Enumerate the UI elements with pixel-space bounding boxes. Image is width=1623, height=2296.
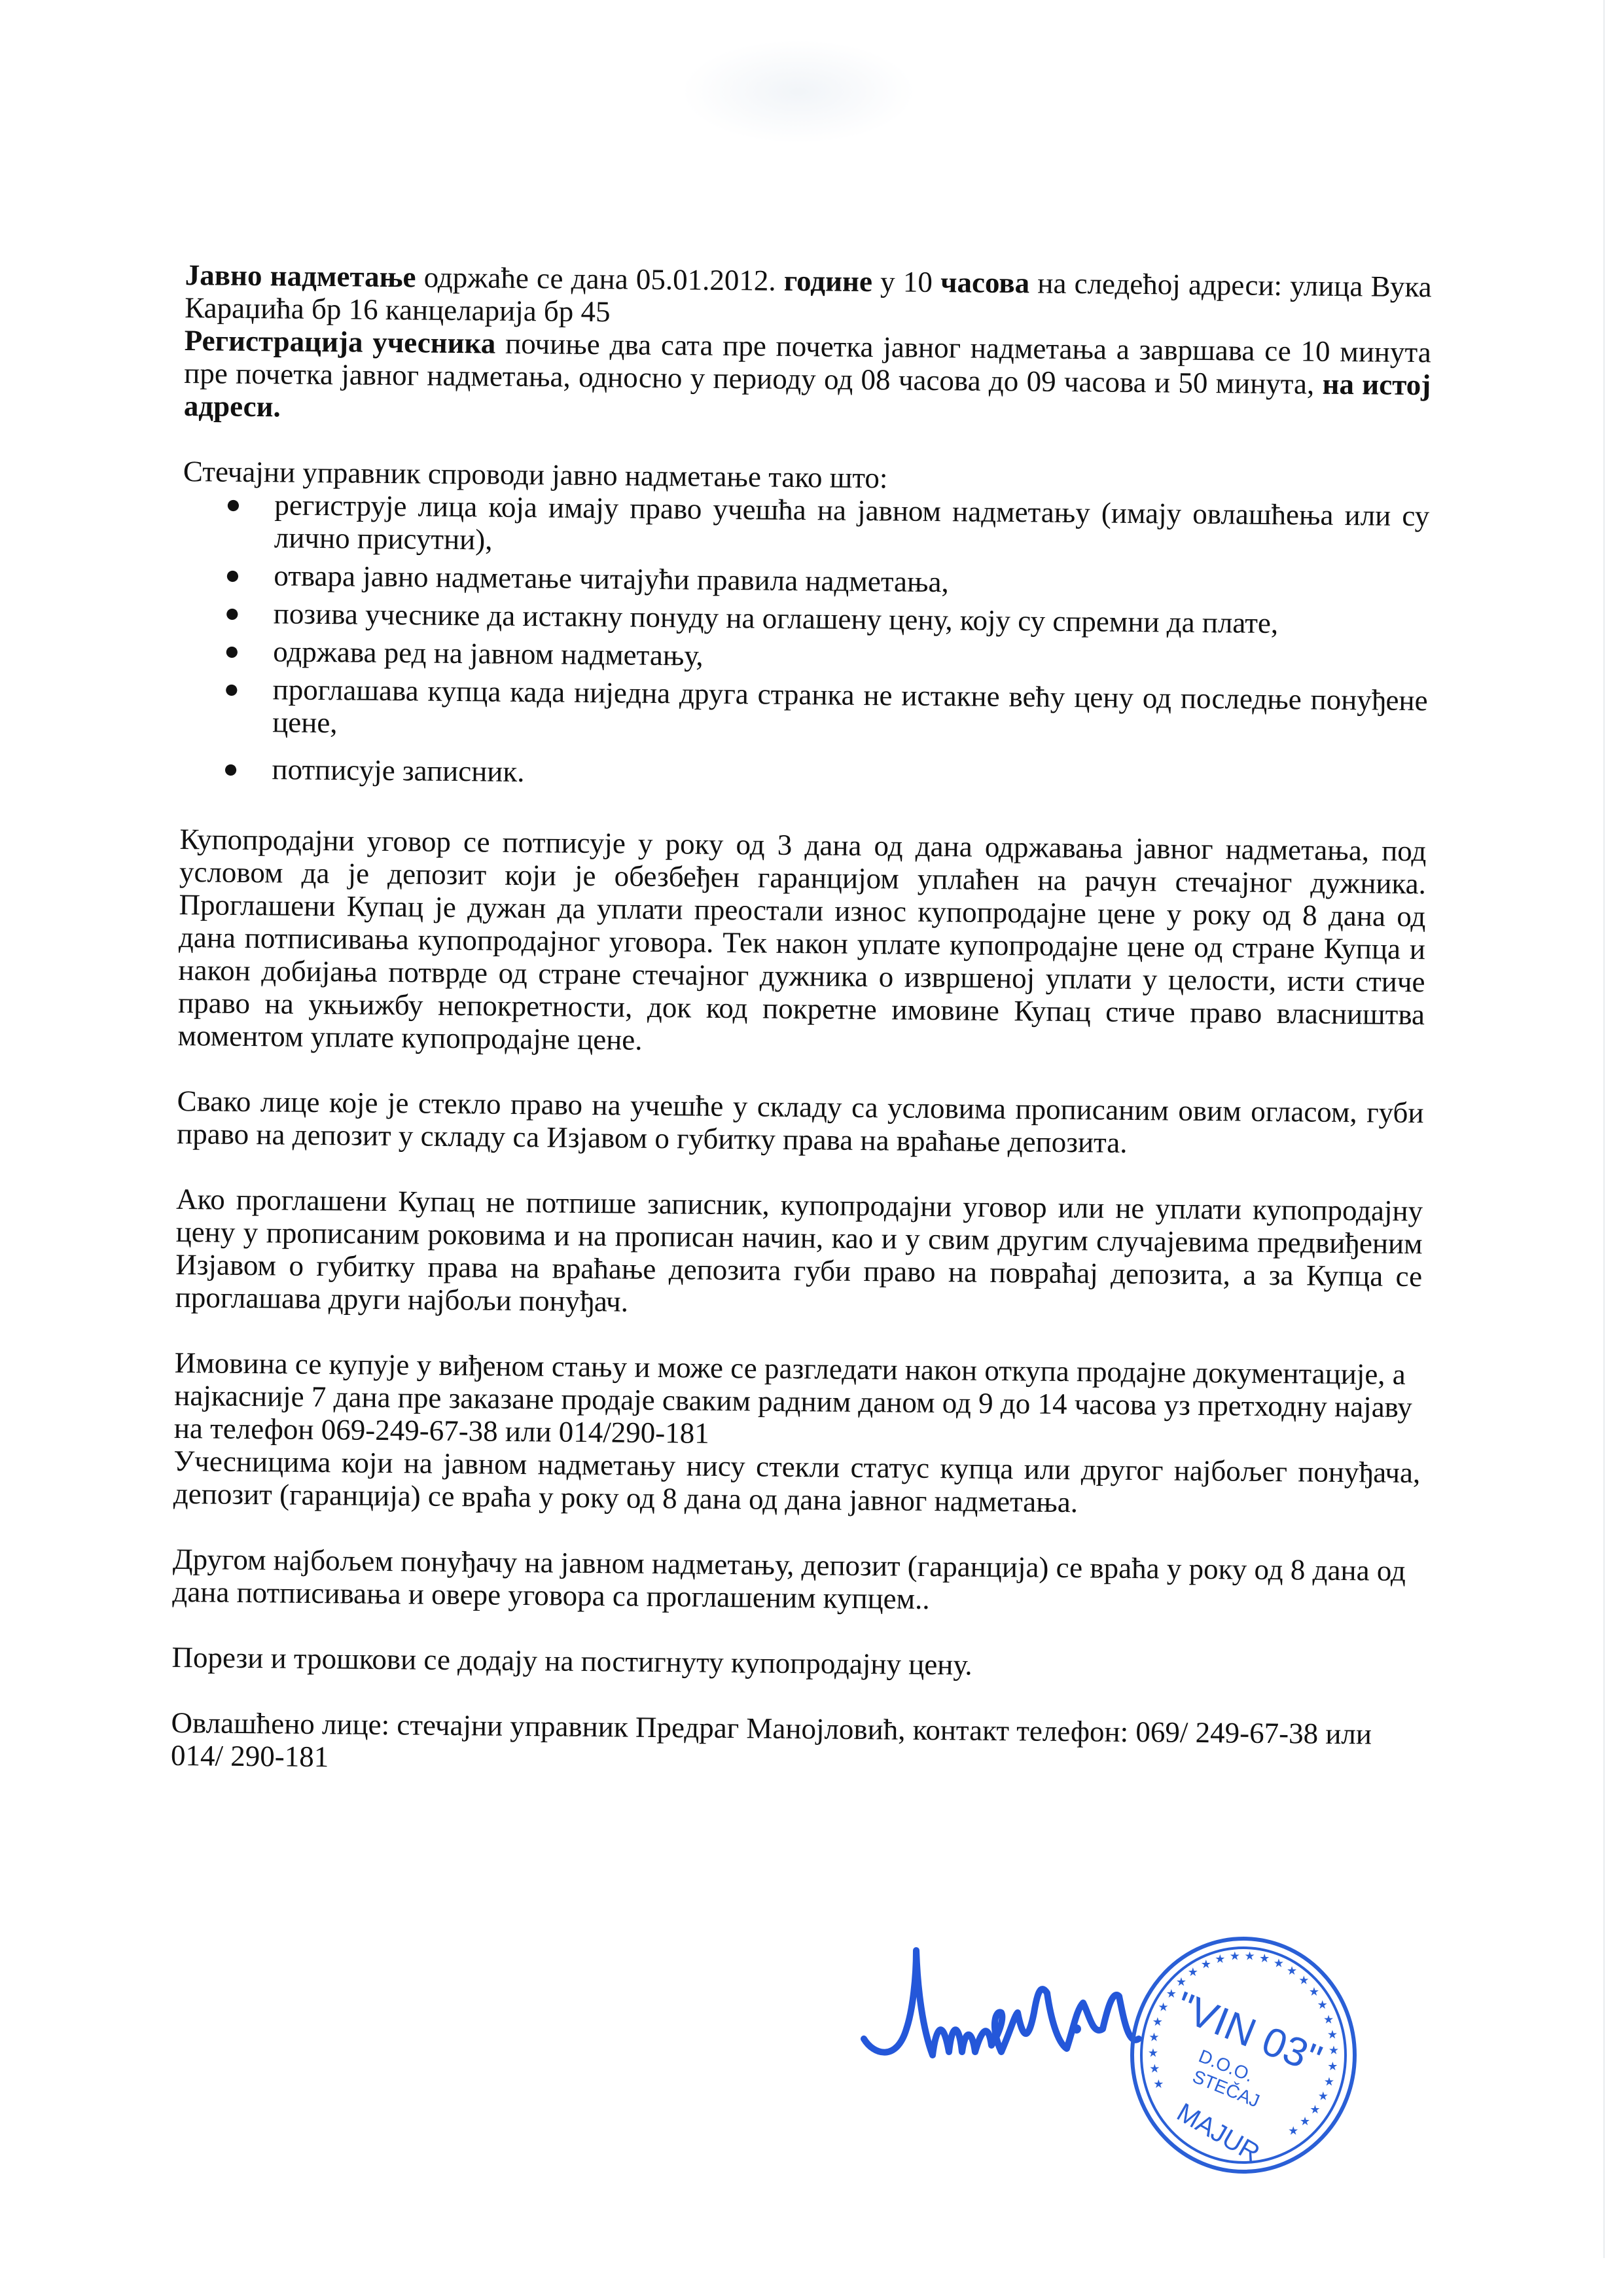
duty-text: отвара јавно надметање читајући правила …: [274, 559, 949, 598]
bullet-icon: ●: [223, 673, 240, 706]
second-best-refund-paragraph: Другом најбољем понуђачу на јавном надме…: [172, 1543, 1419, 1620]
svg-text:★: ★: [1259, 1952, 1270, 1965]
scan-artifact: [681, 39, 916, 144]
duty-item: ●отвара јавно надметање читајући правила…: [182, 558, 1429, 603]
bullet-icon: ●: [224, 635, 240, 668]
svg-text:★: ★: [1324, 2075, 1334, 2089]
duty-text: потписује записник.: [272, 753, 524, 788]
year-label: године: [784, 264, 873, 298]
svg-text:★: ★: [1245, 1949, 1255, 1963]
svg-text:★: ★: [1230, 1950, 1240, 1964]
svg-text:★: ★: [1298, 1974, 1309, 1988]
duty-text: региструје лица која имају право учешћа …: [274, 488, 1430, 556]
contact-paragraph: Овлашћено лице: стечајни управник Предра…: [171, 1706, 1418, 1784]
svg-text:★: ★: [1327, 2028, 1338, 2042]
svg-text:★: ★: [1201, 1958, 1211, 1971]
svg-text:★: ★: [1309, 1985, 1319, 1999]
svg-text:★: ★: [1323, 2013, 1334, 2026]
inspection-paragraph: Имовина се купује у виђеном стању и може…: [174, 1346, 1421, 1456]
duty-item: ●потписује записник.: [180, 752, 1427, 797]
signature-block: ★★★★★★★★★★★★★★★★★★★★★★★★★★★★ "VIN 03" D.…: [851, 1931, 1440, 2206]
contract-paragraph: Купопродајни уговор се потписује у року …: [177, 823, 1426, 1064]
bullet-icon: ●: [224, 597, 241, 630]
registration-heading: Регистрација учесника: [185, 324, 496, 360]
svg-text:★: ★: [1158, 2001, 1169, 2015]
svg-text:★: ★: [1300, 2115, 1310, 2128]
svg-text:★: ★: [1317, 1998, 1328, 2012]
svg-text:★: ★: [1153, 2077, 1164, 2091]
auction-heading: Јавно надметање: [185, 259, 416, 293]
time-text: у 10: [872, 265, 941, 298]
bullet-icon: ●: [225, 488, 241, 521]
duty-text: одржава ред на јавном надметању,: [273, 635, 704, 672]
duty-item: ●проглашава купца када ниједна друга стр…: [181, 672, 1428, 749]
duty-item: ●одржава ред на јавном надметању,: [181, 634, 1428, 679]
svg-text:★: ★: [1148, 2047, 1158, 2060]
svg-text:★: ★: [1287, 1964, 1297, 1978]
svg-text:★: ★: [1288, 2125, 1298, 2138]
svg-text:★: ★: [1149, 2030, 1159, 2044]
svg-text:★: ★: [1152, 2015, 1163, 2029]
svg-text:★: ★: [1327, 2060, 1338, 2073]
svg-text:★: ★: [1149, 2062, 1160, 2076]
svg-text:★: ★: [1188, 1965, 1198, 1979]
bullet-icon: ●: [224, 559, 241, 592]
scanned-page: Јавно надметање одржаће се дана 05.01.20…: [0, 0, 1623, 2296]
participants-refund-paragraph: Учесницима који на јавном надметању нису…: [173, 1444, 1421, 1522]
svg-text:★: ★: [1310, 2103, 1320, 2117]
notice-body: Јавно надметање одржаће се дана 05.01.20…: [171, 259, 1432, 1784]
hours-label: часова: [940, 266, 1030, 299]
bullet-icon: ●: [223, 753, 239, 785]
auction-date-paragraph: Јавно надметање одржаће се дана 05.01.20…: [185, 259, 1432, 336]
duty-text: позива учеснике да истакну понуду на огл…: [274, 597, 1279, 639]
buyer-default-paragraph: Ако проглашени Купац не потпише записник…: [175, 1183, 1423, 1325]
duties-list: ●региструје лица која имају право учешћа…: [180, 488, 1429, 797]
company-stamp-icon: ★★★★★★★★★★★★★★★★★★★★★★★★★★★★ "VIN 03" D.…: [1126, 1931, 1361, 2179]
svg-text:★: ★: [1215, 1952, 1225, 1966]
auction-date-text: одржаће се дана 05.01.2012.: [416, 260, 784, 296]
registration-paragraph: Регистрација учесника почиње два сата пр…: [184, 324, 1431, 434]
page-edge-shadow: [1603, 0, 1605, 2258]
duty-item: ●позива учеснике да истакну понуду на ог…: [182, 596, 1429, 641]
deposit-loss-paragraph: Свако лице које је стекло право на учешћ…: [177, 1085, 1424, 1162]
svg-text:★: ★: [1274, 1957, 1284, 1971]
svg-text:★: ★: [1166, 1987, 1177, 2001]
svg-text:★: ★: [1318, 2090, 1329, 2104]
svg-text:★: ★: [1329, 2044, 1339, 2058]
duty-text: проглашава купца када ниједна друга стра…: [272, 673, 1428, 739]
duty-item: ●региструје лица која имају право учешћа…: [183, 488, 1430, 565]
